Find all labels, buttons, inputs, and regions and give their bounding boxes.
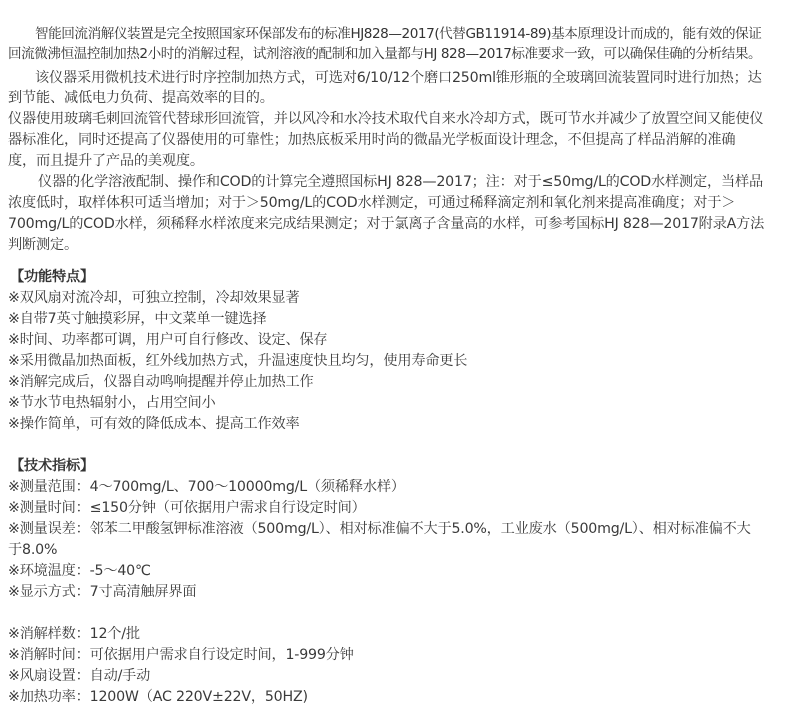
spec-item: ※风扇设置：自动/手动 [8, 666, 150, 686]
spec-item: ※测量范围：4～700mg/L、700～10000mg/L（须稀释水样） [8, 477, 405, 497]
intro-p4-line1: 仪器的化学溶液配制、操作和COD的计算完全遵照国标HJ 828—2017；注：对… [38, 172, 763, 192]
intro-p3-line1: 仪器使用玻璃毛刺回流管代替球形回流管，并以风冷和水冷技术取代自来水冷却方式，既可… [8, 109, 763, 129]
intro-p3-line3: 度，而且提升了产品的美观度。 [8, 151, 204, 171]
intro-p1-line1: 智能回流消解仪装置是完全按照国家环保部发布的标准HJ828—2017(代替GB1… [35, 24, 761, 44]
intro-p1-line2: 回流微沸恒温控制加热2小时的消解过程，试剂溶液的配制和加入量都与HJ 828—2… [8, 44, 761, 64]
specs-heading: 【技术指标】 [10, 456, 94, 476]
spec-item: ※测量误差：邻苯二甲酸氢钾标准溶液（500mg/L）、相对标准偏不大于5.0%，… [8, 519, 751, 539]
spec-item: ※消解样数：12个/批 [8, 624, 140, 644]
feature-item: ※节水节电热辐射小，占用空间小 [8, 393, 216, 413]
feature-item: ※采用微晶加热面板，红外线加热方式，升温速度快且均匀，使用寿命更长 [8, 351, 467, 371]
spec-item: ※显示方式：7寸高清触屏界面 [8, 582, 196, 602]
features-heading: 【功能特点】 [10, 267, 94, 287]
intro-p2-line1: 该仪器采用微机技术进行时序控制加热方式，可选对6/10/12个磨口250ml锥形… [35, 68, 762, 88]
feature-item: ※时间、功率都可调，用户可自行修改、设定、保存 [8, 330, 327, 350]
intro-p4-line2: 浓度低时，取样体积可适当增加；对于＞50mg/L的COD水样测定，可通过稀释滴定… [8, 193, 735, 213]
spec-item: ※加热功率：1200W（AC 220V±22V，50HZ) [8, 687, 308, 707]
intro-p3-line2: 器标准化，同时还提高了仪器使用的可靠性；加热底板采用时尚的微晶光学板面设计理念，… [8, 130, 735, 150]
feature-item: ※操作简单，可有效的降低成本、提高工作效率 [8, 414, 299, 434]
feature-item: ※自带7英寸触摸彩屏，中文菜单一键选择 [8, 309, 266, 329]
intro-p4-line4: 判断测定。 [8, 235, 78, 255]
intro-p2-line2: 到节能、减低电力负荷、提高效率的目的。 [8, 88, 274, 108]
spec-item: ※环境温度：-5～40℃ [8, 561, 151, 581]
intro-p4-line3: 700mg/L的COD水样，须稀释水样浓度来完成结果测定；对于氯离子含量高的水样… [8, 214, 764, 234]
spec-item: ※测量时间：≤150分钟（可依据用户需求自行设定时间） [8, 498, 366, 518]
feature-item: ※消解完成后，仪器自动鸣响提醒并停止加热工作 [8, 372, 313, 392]
spec-item-continued: 于8.0% [8, 540, 57, 560]
feature-item: ※双风扇对流冷却，可独立控制，冷却效果显著 [8, 288, 299, 308]
spec-item: ※消解时间：可依据用户需求自行设定时间，1-999分钟 [8, 645, 354, 665]
